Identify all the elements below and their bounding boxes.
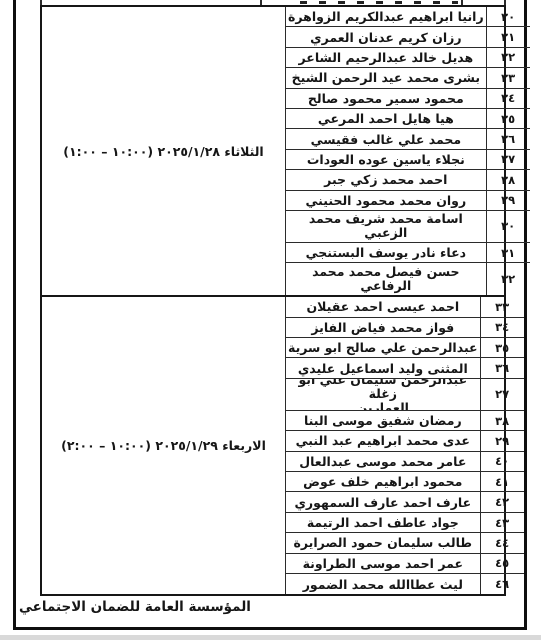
candidate-name-text: عامر محمد موسى عبدالعال (299, 454, 466, 469)
candidate-name: محمود سمير محمود صالح (286, 89, 487, 108)
table-row: حسن فيصل محمد محمد الرفاعي٣٢ (286, 263, 530, 295)
table-row: نجلاء ياسين عوده العودات٢٧ (286, 150, 530, 170)
row-number: ٢٥ (487, 109, 530, 128)
candidate-name: نجلاء ياسين عوده العودات (286, 150, 487, 169)
candidate-name-text: محمود ابراهيم خلف عوض (303, 474, 462, 489)
row-number-text: ٤٦ (495, 577, 509, 591)
session-datetime-text: الاربعاء ٢٠٢٥/١/٢٩ (١٠:٠٠ – ٢:٠٠) (61, 438, 266, 453)
session-group-1: الثلاثاء ٢٠٢٥/١/٢٨ (١٠:٠٠ – ١:٠٠)رانيا ا… (42, 7, 504, 297)
candidate-name-text: بشرى محمد عيد الرحمن الشيخ (292, 70, 480, 85)
table-row: دعاء نادر يوسف البستنجي٣١ (286, 243, 530, 263)
candidate-name-text: عمر احمد موسى الطراونة (303, 556, 463, 571)
candidate-name-text: رانيا ابراهيم عبدالكريم الزواهرة (288, 9, 484, 24)
table-row: عبدالرحمن علي صالح ابو سرية٣٥ (286, 338, 524, 358)
row-number-text: ٣٦ (495, 361, 509, 375)
table-row: المثنى وليد اسماعيل عليدي٣٦ (286, 358, 524, 378)
candidate-name: احمد محمد زكي جبر (286, 170, 487, 189)
candidate-name: عامر محمد موسى عبدالعال (286, 452, 481, 471)
table-row: هيا هايل احمد المرعي٢٥ (286, 109, 530, 129)
row-number-text: ٤٣ (495, 516, 509, 530)
row-number-text: ٢٧ (501, 152, 515, 166)
row-number-text: ٢٣ (501, 71, 515, 85)
row-number-text: ٢٥ (501, 112, 515, 126)
table-row: محمود ابراهيم خلف عوض٤١ (286, 472, 524, 492)
row-number: ٣٢ (487, 263, 530, 295)
row-number-text: ٤١ (495, 475, 509, 489)
candidate-name: حسن فيصل محمد محمد الرفاعي (286, 263, 487, 295)
candidate-name-text: هديل خالد عبدالرحيم الشاعر (299, 50, 474, 65)
row-number-text: ٤٥ (495, 556, 509, 570)
table-row: عدى محمد ابراهيم عبد النبي٢٩ (286, 431, 524, 451)
session-datetime: الثلاثاء ٢٠٢٥/١/٢٨ (١٠:٠٠ – ١:٠٠) (42, 7, 286, 295)
row-number: ٣٠ (487, 211, 530, 242)
candidate-name-text: حسن فيصل محمد محمد الرفاعي (312, 265, 460, 293)
row-number-text: ٣٣ (495, 300, 509, 314)
row-number: ٣٤ (481, 318, 524, 337)
candidate-name: فواز محمد فياض الفايز (286, 318, 481, 337)
candidate-name-text: احمد عيسى احمد عقيلان (306, 299, 459, 314)
candidate-name-text: عبدالرحمن سليمان علي ابو زغلة العمارين (288, 379, 478, 410)
candidate-name: ليث عطاالله محمد الضمور (286, 574, 481, 594)
table-row: فواز محمد فياض الفايز٣٤ (286, 318, 524, 338)
row-number-text: ٢١ (501, 30, 515, 44)
row-number-text: ٢٩ (501, 193, 515, 207)
row-number-text: ٢٦ (501, 132, 515, 146)
table-row: احمد محمد زكي جبر٢٨ (286, 170, 530, 190)
table-row: احمد عيسى احمد عقيلان٣٣ (286, 297, 524, 317)
row-number-text: ٢٨ (501, 173, 515, 187)
candidate-name: عبدالرحمن علي صالح ابو سرية (286, 338, 481, 357)
candidate-name-text: محمود سمير محمود صالح (308, 91, 464, 106)
scanned-page: الثلاثاء ٢٠٢٥/١/٢٨ (١٠:٠٠ – ١:٠٠)رانيا ا… (0, 0, 541, 640)
candidate-name: عبدالرحمن سليمان علي ابو زغلة العمارين (286, 379, 481, 410)
table-row: رزان كريم عدنان العمري٢١ (286, 27, 530, 47)
row-number: ٤٢ (481, 492, 524, 511)
schedule-table: الثلاثاء ٢٠٢٥/١/٢٨ (١٠:٠٠ – ١:٠٠)رانيا ا… (40, 5, 506, 596)
candidate-name: اسامة محمد شريف محمد الزعبي (286, 211, 487, 242)
row-number-text: ٣٤ (495, 320, 509, 334)
table-row: هديل خالد عبدالرحيم الشاعر٢٢ (286, 48, 530, 68)
candidate-name: رانيا ابراهيم عبدالكريم الزواهرة (286, 7, 487, 26)
row-number-text: ٢٩ (495, 434, 509, 448)
candidate-name: احمد عيسى احمد عقيلان (286, 297, 481, 316)
candidate-name: عمر احمد موسى الطراونة (286, 554, 481, 573)
table-row: رانيا ابراهيم عبدالكريم الزواهرة٢٠ (286, 7, 530, 27)
scan-edge-shadow (0, 635, 541, 640)
row-number: ٢٦ (487, 129, 530, 148)
table-row: عارف احمد عارف السمهوري٤٢ (286, 492, 524, 512)
candidate-name-text: عدى محمد ابراهيم عبد النبي (296, 433, 470, 448)
candidate-name-text: روان محمد محمود الحنيني (306, 193, 467, 208)
candidate-name: هديل خالد عبدالرحيم الشاعر (286, 48, 487, 67)
candidate-name-text: رمضان شفيق موسى البنا (304, 413, 462, 428)
table-row: روان محمد محمود الحنيني٢٩ (286, 191, 530, 211)
table-row: محمد علي غالب فقيسي٢٦ (286, 129, 530, 149)
row-number: ٢٤ (487, 89, 530, 108)
table-row: اسامة محمد شريف محمد الزعبي٣٠ (286, 211, 530, 243)
table-row: طالب سليمان حمود الصرايرة٤٤ (286, 533, 524, 553)
row-number-text: ٣٢ (501, 272, 515, 286)
row-number: ٢٧ (487, 150, 530, 169)
table-row: بشرى محمد عيد الرحمن الشيخ٢٣ (286, 68, 530, 88)
row-number-text: ٣٠ (501, 219, 515, 233)
table-row: جواد عاطف احمد الرتيمة٤٣ (286, 513, 524, 533)
session-datetime-text: الثلاثاء ٢٠٢٥/١/٢٨ (١٠:٠٠ – ١:٠٠) (63, 144, 263, 159)
candidate-name: محمود ابراهيم خلف عوض (286, 472, 481, 491)
row-number: ٣٨ (481, 411, 524, 430)
candidate-name-text: هيا هايل احمد المرعي (318, 111, 454, 126)
candidate-name-text: دعاء نادر يوسف البستنجي (306, 245, 466, 260)
candidate-name-text: نجلاء ياسين عوده العودات (307, 152, 465, 167)
row-number-text: ٢٠ (501, 10, 515, 24)
candidate-name-text: عبدالرحمن علي صالح ابو سرية (288, 340, 478, 355)
footer-organization: المؤسسة العامة للضمان الاجتماعي (19, 599, 251, 619)
candidate-name-text: فواز محمد فياض الفايز (311, 320, 454, 335)
row-number: ٤٣ (481, 513, 524, 532)
row-number: ٢٨ (487, 170, 530, 189)
session-rows: احمد عيسى احمد عقيلان٣٣فواز محمد فياض ال… (286, 297, 524, 594)
candidate-name: عدى محمد ابراهيم عبد النبي (286, 431, 481, 450)
candidate-name: روان محمد محمود الحنيني (286, 191, 487, 210)
candidate-name: محمد علي غالب فقيسي (286, 129, 487, 148)
candidate-name: جواد عاطف احمد الرتيمة (286, 513, 481, 532)
candidate-name-text: طالب سليمان حمود الصرايرة (294, 535, 473, 550)
row-number: ٤٥ (481, 554, 524, 573)
table-row: عبدالرحمن سليمان علي ابو زغلة العمارين٢٧ (286, 379, 524, 411)
candidate-name: طالب سليمان حمود الصرايرة (286, 533, 481, 552)
row-number-text: ٣١ (501, 246, 515, 260)
candidate-name-text: عارف احمد عارف السمهوري (294, 495, 471, 510)
row-number: ٢٧ (481, 379, 524, 410)
candidate-name: المثنى وليد اسماعيل عليدي (286, 358, 481, 377)
row-number: ٢١ (487, 27, 530, 46)
candidate-name: دعاء نادر يوسف البستنجي (286, 243, 487, 262)
table-row: عامر محمد موسى عبدالعال٤٠ (286, 452, 524, 472)
row-number-text: ٢٧ (495, 387, 509, 401)
row-number: ٢٣ (487, 68, 530, 87)
candidate-name-text: المثنى وليد اسماعيل عليدي (298, 361, 468, 376)
row-number: ٤١ (481, 472, 524, 491)
table-row: محمود سمير محمود صالح٢٤ (286, 89, 530, 109)
candidate-name-text: محمد علي غالب فقيسي (311, 132, 462, 147)
row-number-text: ٤٤ (495, 536, 509, 550)
table-row: رمضان شفيق موسى البنا٣٨ (286, 411, 524, 431)
row-number-text: ٣٨ (495, 414, 509, 428)
candidate-name: هيا هايل احمد المرعي (286, 109, 487, 128)
session-rows: رانيا ابراهيم عبدالكريم الزواهرة٢٠رزان ك… (286, 7, 530, 295)
candidate-name-text: اسامة محمد شريف محمد الزعبي (309, 212, 463, 240)
candidate-name: عارف احمد عارف السمهوري (286, 492, 481, 511)
session-group-2: الاربعاء ٢٠٢٥/١/٢٩ (١٠:٠٠ – ٢:٠٠)احمد عي… (42, 297, 504, 596)
table-row: عمر احمد موسى الطراونة٤٥ (286, 554, 524, 574)
candidate-name-text: ليث عطاالله محمد الضمور (303, 577, 463, 592)
row-number: ٣١ (487, 243, 530, 262)
row-number: ٢٩ (481, 431, 524, 450)
candidate-name-text: جواد عاطف احمد الرتيمة (307, 515, 459, 530)
candidate-name: رزان كريم عدنان العمري (286, 27, 487, 46)
row-number: ٣٣ (481, 297, 524, 316)
candidate-name: بشرى محمد عيد الرحمن الشيخ (286, 68, 487, 87)
row-number-text: ٤٢ (495, 495, 509, 509)
candidate-name-text: احمد محمد زكي جبر (324, 172, 447, 187)
row-number: ٤٦ (481, 574, 524, 594)
row-number-text: ٢٢ (501, 50, 515, 64)
row-number: ٤٠ (481, 452, 524, 471)
session-datetime: الاربعاء ٢٠٢٥/١/٢٩ (١٠:٠٠ – ٢:٠٠) (42, 297, 286, 594)
row-number: ٤٤ (481, 533, 524, 552)
row-number: ٣٥ (481, 338, 524, 357)
row-number: ٣٦ (481, 358, 524, 377)
clipped-text-bottom (300, 1, 458, 4)
row-number: ٢٩ (487, 191, 530, 210)
table-row: ليث عطاالله محمد الضمور٤٦ (286, 574, 524, 594)
row-number-text: ٣٥ (495, 341, 509, 355)
candidate-name: رمضان شفيق موسى البنا (286, 411, 481, 430)
row-number: ٢٢ (487, 48, 530, 67)
candidate-name-text: رزان كريم عدنان العمري (310, 30, 461, 45)
row-number-text: ٤٠ (495, 454, 509, 468)
row-number: ٢٠ (487, 7, 530, 26)
row-number-text: ٢٤ (501, 91, 515, 105)
